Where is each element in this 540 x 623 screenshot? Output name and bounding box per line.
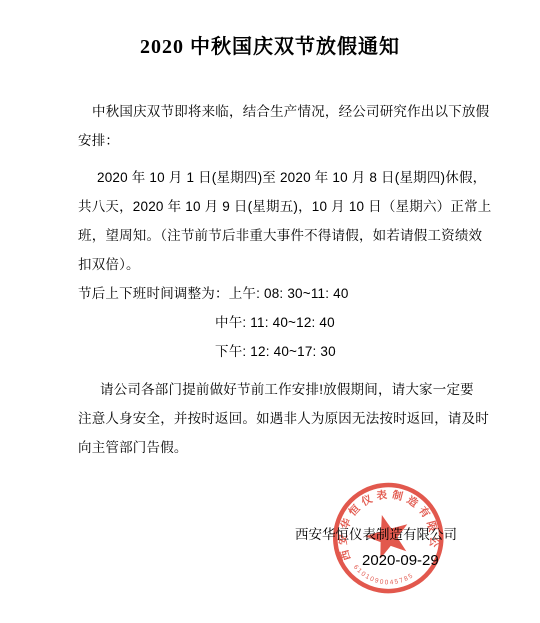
body-line: 注意人身安全，并按时返回。如遇非人为原因无法按时返回，请及时 xyxy=(78,404,473,433)
document-title: 2020 中秋国庆双节放假通知 xyxy=(0,30,540,59)
body-line: 2020 年 10 月 1 日(星期四)至 2020 年 10 月 8 日(星期… xyxy=(78,163,473,192)
body-line-schedule-noon: 中午: 11: 40~12: 40 xyxy=(78,308,473,337)
body-line: 安排： xyxy=(78,126,473,155)
body-line: 共八天，2020 年 10 月 9 日(星期五)，10 月 10 日（星期六）正… xyxy=(78,192,473,221)
body-line: 中秋国庆双节即将来临，结合生产情况，经公司研究作出以下放假 xyxy=(78,97,473,126)
holiday-notice-document: 2020 中秋国庆双节放假通知 中秋国庆双节即将来临，结合生产情况，经公司研究作… xyxy=(0,0,540,623)
body-line-schedule-afternoon: 下午: 12: 40~17: 30 xyxy=(78,337,473,366)
body-line: 扣双倍）。 xyxy=(78,250,473,279)
body-line: 请公司各部门提前做好节前工作安排!放假期间，请大家一定要 xyxy=(78,375,473,404)
body-line-schedule-morning: 节后上下班时间调整为：上午: 08: 30~11: 40 xyxy=(78,279,473,308)
document-body: 中秋国庆双节即将来临，结合生产情况，经公司研究作出以下放假 安排： 2020 年… xyxy=(78,97,473,462)
body-line: 班，望周知。（注节前节后非重大事件不得请假，如若请假工资绩效 xyxy=(78,221,473,250)
signature-company-name: 西安华恒仪表制造有限公司 xyxy=(295,520,457,549)
signature-date: 2020-09-29 xyxy=(362,551,439,571)
body-line: 向主管部门告假。 xyxy=(78,433,473,462)
